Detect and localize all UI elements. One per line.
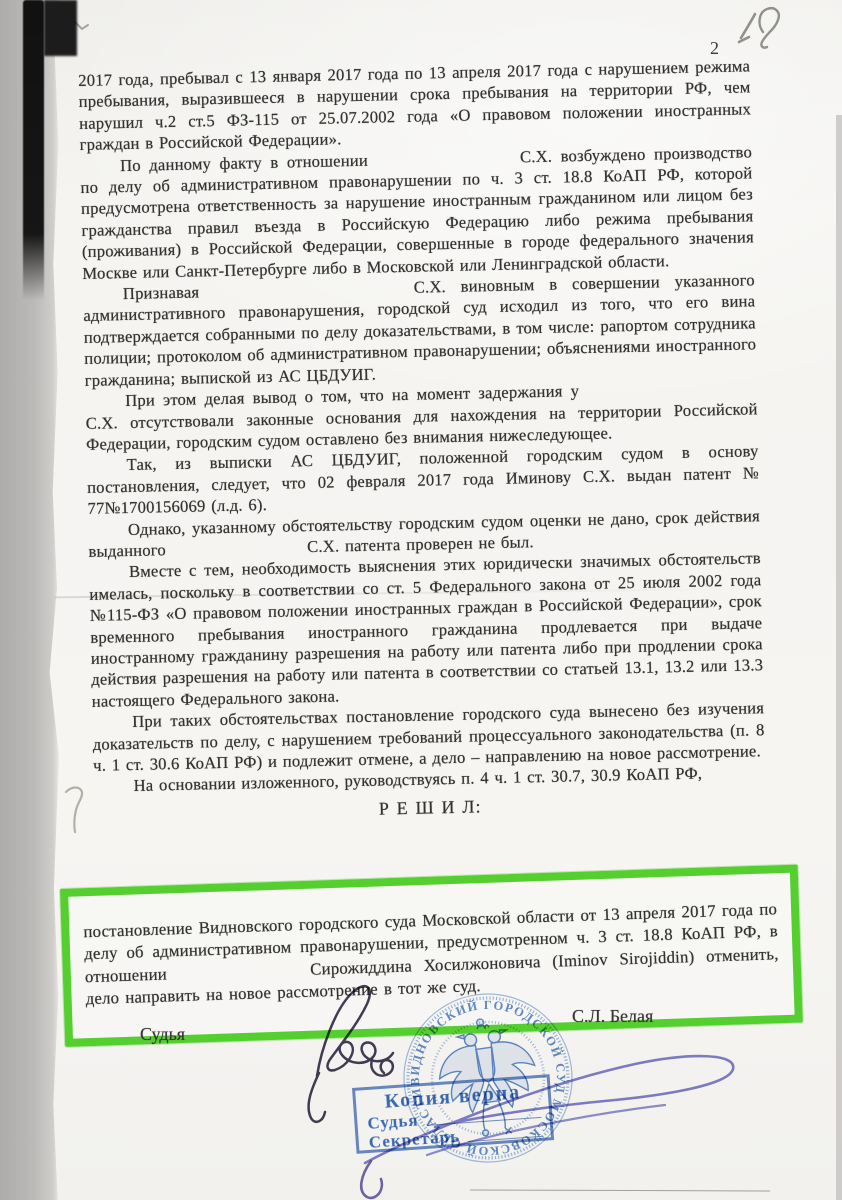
paragraph: Признавая С.Х. виновным в совершении ука… (83, 269, 757, 391)
scanned-court-document-page: 2 2017 года, пребывал с 13 января 2017 г… (0, 0, 842, 1200)
paragraph: Вместе с тем, необходимость выяснения эт… (89, 548, 764, 712)
copy-certification-stamp: Копия верна Судья Секретарь (352, 1074, 554, 1154)
resolution-highlight-box: постановление Видновского городского суд… (60, 865, 803, 1047)
text-segment: Признавая (123, 282, 215, 303)
text-segment: 2017 года, пребывал с 13 января 2017 год… (78, 56, 751, 154)
signature-rule (468, 1136, 543, 1142)
pencil-margin-mark (58, 782, 94, 838)
redaction-gap (377, 161, 512, 165)
text-segment: Вместе с тем, необходимость выяснения эт… (89, 549, 763, 711)
redaction-gap (172, 551, 302, 555)
judge-label: Судья (140, 1024, 185, 1045)
redaction-gap (587, 391, 757, 396)
page-right-edge-shadow (836, 115, 842, 1200)
redaction-gap (214, 292, 399, 297)
paragraph: По данному факту в отношении С.Х. возбуж… (80, 141, 755, 284)
text-segment: По данному факту в отношении (120, 150, 377, 175)
resolution-text: постановление Видновского городского суд… (83, 898, 780, 1011)
paragraph: 2017 года, пребывал с 13 января 2017 год… (78, 55, 752, 155)
redaction-gap (179, 974, 299, 979)
document-body-text: 2017 года, пребывал с 13 января 2017 год… (78, 55, 766, 824)
scan-black-bar-artifact (23, 0, 44, 300)
scan-bottom-line-artifact (470, 1189, 770, 1191)
scan-black-corner-artifact (44, 0, 77, 56)
judge-name: С.Л. Белая (572, 1006, 653, 1027)
